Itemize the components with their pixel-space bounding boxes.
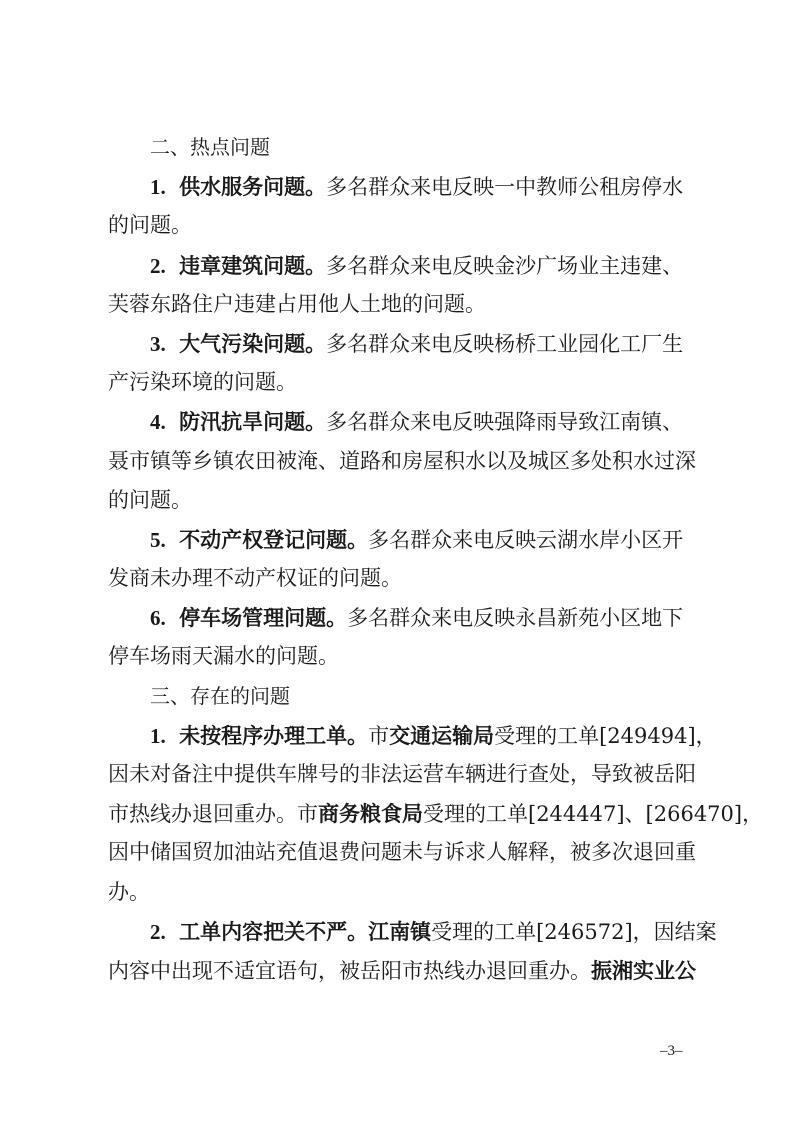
item-text-cont: 因中储国贸加油站充值退费问题未与诉求人解释，被多次退回重 [108,833,702,872]
item-number: 2. [150,920,166,944]
item-text: 多名群众来电反映一中教师公租房停水 [326,175,683,199]
item-number: 1. [150,175,166,199]
section-heading-existing-problems: 三、存在的问题 [108,677,702,716]
item-text: 受理的工单[246572]，因结案 [431,920,717,944]
item-title: 不动产权登记问题。 [179,527,368,552]
problem-2: 2. 工单内容把关不严。江南镇受理的工单[246572]，因结案 [108,912,702,951]
item-text: 多名群众来电反映云湖水岸小区开 [368,528,683,552]
item-title: 违章建筑问题。 [179,253,326,278]
item-number: 4. [150,410,166,434]
hot-issue-1: 1. 供水服务问题。多名群众来电反映一中教师公租房停水 [108,167,702,206]
item-text-cont: 发商未办理不动产权证的问题。 [108,559,702,598]
item-text: 市热线办退回重办。市 [108,802,318,826]
item-title: 工单内容把关不严。 [179,919,368,944]
item-text-cont: 芙蓉东路住户违建占用他人土地的问题。 [108,285,702,324]
item-text: 多名群众来电反映强降雨导致江南镇、 [326,410,683,434]
department-name: 交通运输局 [389,723,494,748]
item-text-cont: 聂市镇等乡镇农田被淹、道路和房屋积水以及城区多处积水过深 [108,442,702,481]
hot-issue-3: 3. 大气污染问题。多名群众来电反映杨桥工业园化工厂生 [108,324,702,363]
item-number: 6. [150,606,166,630]
item-text: 市 [368,724,389,748]
problem-1: 1. 未按程序办理工单。市交通运输局受理的工单[249494]， [108,716,702,755]
item-text: 多名群众来电反映杨桥工业园化工厂生 [326,332,683,356]
item-text-cont: 内容中出现不适宜语句，被岳阳市热线办退回重办。振湘实业公 [108,951,702,990]
item-number: 3. [150,332,166,356]
item-title: 大气污染问题。 [179,331,326,356]
item-number: 1. [150,724,166,748]
item-text: 受理的工单[249494]， [494,724,717,748]
hot-issue-6: 6. 停车场管理问题。多名群众来电反映永昌新苑小区地下 [108,598,702,637]
item-text: 受理的工单[244447]、[266470]， [423,802,763,826]
item-text-cont: 的问题。 [108,481,702,520]
document-page: 二、热点问题 1. 供水服务问题。多名群众来电反映一中教师公租房停水 的问题。 … [108,128,702,990]
item-title: 停车场管理问题。 [179,605,347,630]
item-text: 内容中出现不适宜语句，被岳阳市热线办退回重办。 [108,959,591,983]
item-text-cont: 停车场雨天漏水的问题。 [108,637,702,676]
department-name: 商务粮食局 [318,801,423,826]
item-text-cont: 因未对备注中提供车牌号的非法运营车辆进行查处，导致被岳阳 [108,755,702,794]
department-name: 江南镇 [368,919,431,944]
item-text-cont: 产污染环境的问题。 [108,363,702,402]
item-number: 5. [150,528,166,552]
item-title: 防汛抗旱问题。 [179,409,326,434]
item-title: 供水服务问题。 [179,174,326,199]
item-text-cont: 的问题。 [108,206,702,245]
item-text-cont: 办。 [108,873,702,912]
item-number: 2. [150,254,166,278]
department-name: 振湘实业公 [591,958,696,983]
item-text: 多名群众来电反映永昌新苑小区地下 [347,606,683,630]
item-text: 多名群众来电反映金沙广场业主违建、 [326,254,683,278]
item-title: 未按程序办理工单。 [179,723,368,748]
item-text-cont: 市热线办退回重办。市商务粮食局受理的工单[244447]、[266470]， [108,794,702,833]
hot-issue-5: 5. 不动产权登记问题。多名群众来电反映云湖水岸小区开 [108,520,702,559]
hot-issue-2: 2. 违章建筑问题。多名群众来电反映金沙广场业主违建、 [108,246,702,285]
section-heading-hot-issues: 二、热点问题 [108,128,702,167]
page-number: –3– [660,1043,683,1060]
hot-issue-4: 4. 防汛抗旱问题。多名群众来电反映强降雨导致江南镇、 [108,402,702,441]
